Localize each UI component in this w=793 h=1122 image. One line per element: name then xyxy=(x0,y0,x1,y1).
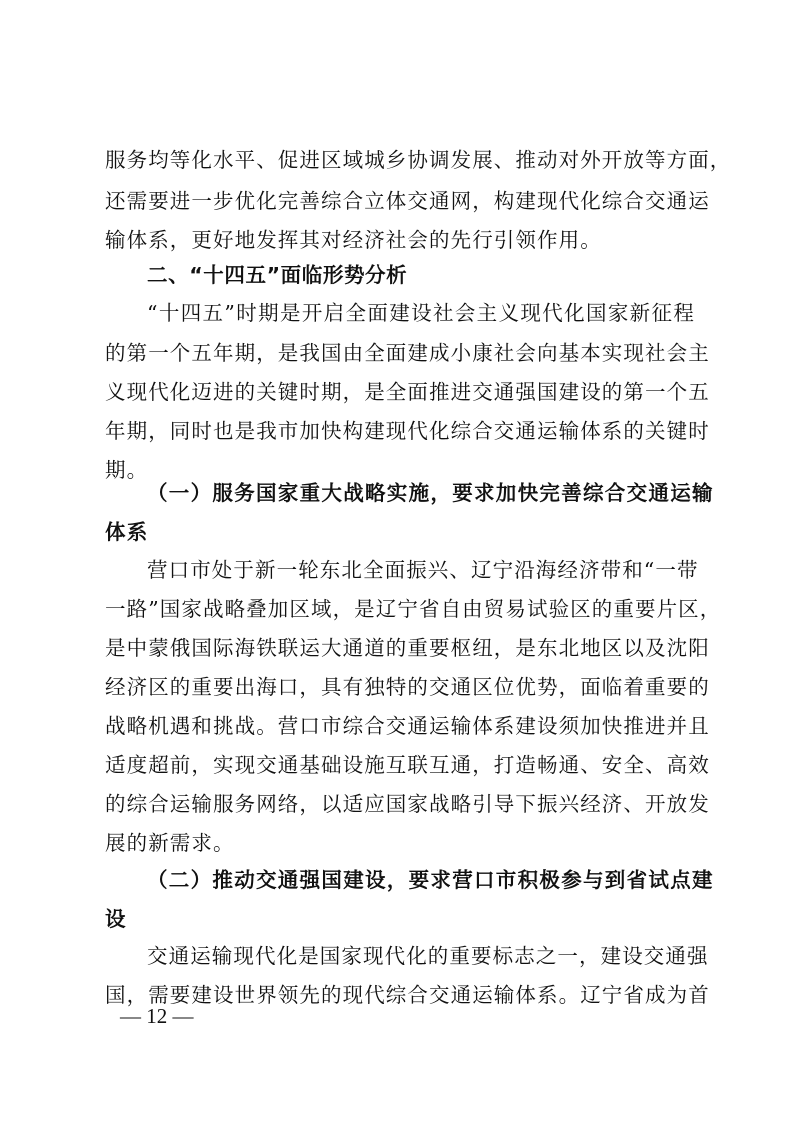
paragraph-line: 的第一个五年期，是我国由全面建成小康社会向基本实现社会主 xyxy=(105,335,695,372)
document-page: 服务均等化水平、促进区域城乡协调发展、推动对外开放等方面， 还需要进一步优化完善… xyxy=(0,0,793,1122)
paragraph-line: 营口市处于新一轮东北全面振兴、辽宁沿海经济带和“一带 xyxy=(147,552,695,589)
paragraph-line: 是中蒙俄国际海铁联运大通道的重要枢纽，是东北地区以及沈阳 xyxy=(105,630,695,667)
paragraph-line: 交通运输现代化是国家现代化的重要标志之一，建设交通强 xyxy=(147,938,695,975)
subsection-heading: （二）推动交通强国建设，要求营口市积极参与到省试点建 xyxy=(147,862,695,899)
paragraph-line: “十四五”时期是开启全面建设社会主义现代化国家新征程 xyxy=(147,295,695,332)
section-heading: 二、“十四五”面临形势分析 xyxy=(147,257,695,294)
paragraph-line: 的综合运输服务网络，以适应国家战略引导下振兴经济、开放发 xyxy=(105,786,695,823)
paragraph-line: 服务均等化水平、促进区域城乡协调发展、推动对外开放等方面， xyxy=(105,142,695,179)
subsection-heading: 设 xyxy=(105,901,695,938)
paragraph-line: 适度超前，实现交通基础设施互联互通，打造畅通、安全、高效 xyxy=(105,747,695,784)
paragraph-line: 展的新需求。 xyxy=(105,825,695,862)
subsection-heading: 体系 xyxy=(105,514,695,551)
paragraph-line: 输体系，更好地发挥其对经济社会的先行引领作用。 xyxy=(105,222,695,259)
paragraph-line: 经济区的重要出海口，具有独特的交通区位优势，面临着重要的 xyxy=(105,669,695,706)
paragraph-line: 战略机遇和挑战。营口市综合交通运输体系建设须加快推进并且 xyxy=(105,708,695,745)
paragraph-line: 义现代化迈进的关键时期，是全面推进交通强国建设的第一个五 xyxy=(105,374,695,411)
subsection-heading: （一）服务国家重大战略实施，要求加快完善综合交通运输 xyxy=(147,475,695,512)
paragraph-line: 一路”国家战略叠加区域，是辽宁省自由贸易试验区的重要片区， xyxy=(105,591,695,628)
paragraph-line: 还需要进一步优化完善综合立体交通网，构建现代化综合交通运 xyxy=(105,183,695,220)
page-number: — 12 — xyxy=(120,1003,194,1029)
paragraph-line: 年期，同时也是我市加快构建现代化综合交通运输体系的关键时 xyxy=(105,413,695,450)
